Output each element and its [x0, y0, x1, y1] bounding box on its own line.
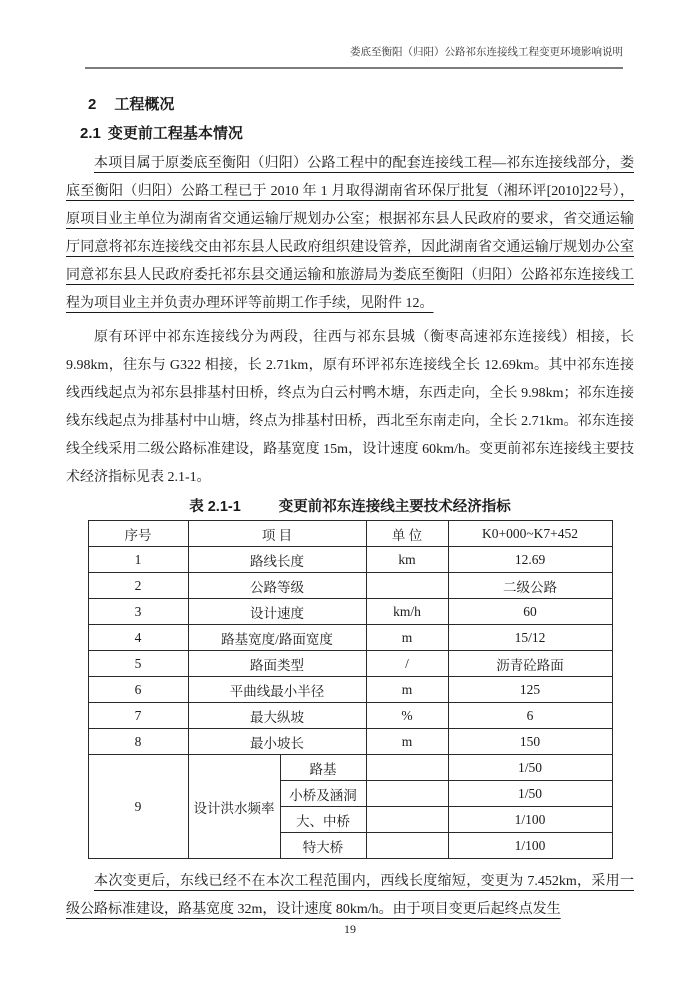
cell-unit: m [366, 677, 448, 703]
cell-value: 1/50 [448, 781, 612, 807]
table-row: 7 最大纵坡 % 6 [88, 703, 612, 729]
cell-item: 路线长度 [188, 547, 366, 573]
cell-value: 6 [448, 703, 612, 729]
table-row: 6 平曲线最小半径 m 125 [88, 677, 612, 703]
table-row: 5 路面类型 / 沥青砼路面 [88, 651, 612, 677]
cell-value: 12.69 [448, 547, 612, 573]
cell-unit: km/h [366, 599, 448, 625]
cell-item: 最大纵坡 [188, 703, 366, 729]
cell-unit [366, 755, 448, 781]
cell-item: 平曲线最小半径 [188, 677, 366, 703]
table-caption-label: 表 2.1-1 [189, 499, 241, 515]
section-number: 2 [88, 96, 96, 113]
cell-subitem: 路基 [280, 755, 366, 781]
col-header-seq: 序号 [88, 521, 188, 547]
cell-seq: 2 [88, 573, 188, 599]
table-header-row: 序号 项 目 单 位 K0+000~K7+452 [88, 521, 612, 547]
header-title: 娄底至衡阳（归阳）公路祁东连接线工程变更环境影响说明 [350, 47, 623, 58]
cell-value: 1/100 [448, 833, 612, 859]
cell-seq: 7 [88, 703, 188, 729]
table-row: 3 设计速度 km/h 60 [88, 599, 612, 625]
cell-value: 二级公路 [448, 573, 612, 599]
subsection-number: 2.1 [80, 125, 101, 142]
cell-unit [366, 573, 448, 599]
cell-seq: 6 [88, 677, 188, 703]
col-header-item: 项 目 [188, 521, 366, 547]
section-heading: 2工程概况 [88, 96, 634, 114]
page-header: 娄底至衡阳（归阳）公路祁东连接线工程变更环境影响说明 [85, 46, 623, 69]
cell-seq: 9 [88, 755, 188, 859]
cell-value: 沥青砼路面 [448, 651, 612, 677]
cell-unit [366, 781, 448, 807]
cell-seq: 4 [88, 625, 188, 651]
cell-unit [366, 833, 448, 859]
paragraph-original-eia: 原有环评中祁东连接线分为两段，往西与祁东县城（衡枣高速祁东连接线）相接，长 9.… [66, 324, 634, 492]
cell-value: 150 [448, 729, 612, 755]
cell-unit: m [366, 729, 448, 755]
subsection-title: 变更前工程基本情况 [108, 125, 243, 142]
cell-item: 设计速度 [188, 599, 366, 625]
cell-subitem: 特大桥 [280, 833, 366, 859]
cell-unit: km [366, 547, 448, 573]
page-number: 19 [0, 922, 700, 937]
cell-item: 最小坡长 [188, 729, 366, 755]
cell-subitem: 小桥及涵洞 [280, 781, 366, 807]
cell-seq: 1 [88, 547, 188, 573]
table-row: 8 最小坡长 m 150 [88, 729, 612, 755]
cell-unit [366, 807, 448, 833]
subsection-heading: 2.1变更前工程基本情况 [80, 125, 634, 143]
cell-item: 路基宽度/路面宽度 [188, 625, 366, 651]
cell-seq: 3 [88, 599, 188, 625]
table-row: 2 公路等级 二级公路 [88, 573, 612, 599]
table-row: 1 路线长度 km 12.69 [88, 547, 612, 573]
cell-subitem: 大、中桥 [280, 807, 366, 833]
cell-item-group: 设计洪水频率 [188, 755, 280, 859]
table-caption-title: 变更前祁东连接线主要技术经济指标 [279, 499, 511, 515]
cell-unit: / [366, 651, 448, 677]
cell-value: 1/100 [448, 807, 612, 833]
cell-value: 1/50 [448, 755, 612, 781]
table-row: 4 路基宽度/路面宽度 m 15/12 [88, 625, 612, 651]
table-row: 9 设计洪水频率 路基 1/50 [88, 755, 612, 781]
document-content: 2工程概况 2.1变更前工程基本情况 本项目属于原娄底至衡阳（归阳）公路工程中的… [66, 96, 634, 924]
cell-value: 15/12 [448, 625, 612, 651]
cell-seq: 5 [88, 651, 188, 677]
col-header-value: K0+000~K7+452 [448, 521, 612, 547]
paragraph-change-summary: 本次变更后，东线已经不在本次工程范围内，西线长度缩短，变更为 7.452km，采… [66, 868, 634, 924]
cell-unit: m [366, 625, 448, 651]
cell-seq: 8 [88, 729, 188, 755]
cell-unit: % [366, 703, 448, 729]
paragraph-project-background: 本项目属于原娄底至衡阳（归阳）公路工程中的配套连接线工程—祁东连接线部分，娄底至… [66, 150, 634, 318]
cell-item: 公路等级 [188, 573, 366, 599]
section-title: 工程概况 [114, 96, 174, 113]
cell-item: 路面类型 [188, 651, 366, 677]
cell-value: 60 [448, 599, 612, 625]
technical-indicators-table: 序号 项 目 单 位 K0+000~K7+452 1 路线长度 km 12.69… [88, 520, 613, 859]
col-header-unit: 单 位 [366, 521, 448, 547]
table-caption: 表 2.1-1变更前祁东连接线主要技术经济指标 [66, 495, 634, 520]
cell-value: 125 [448, 677, 612, 703]
